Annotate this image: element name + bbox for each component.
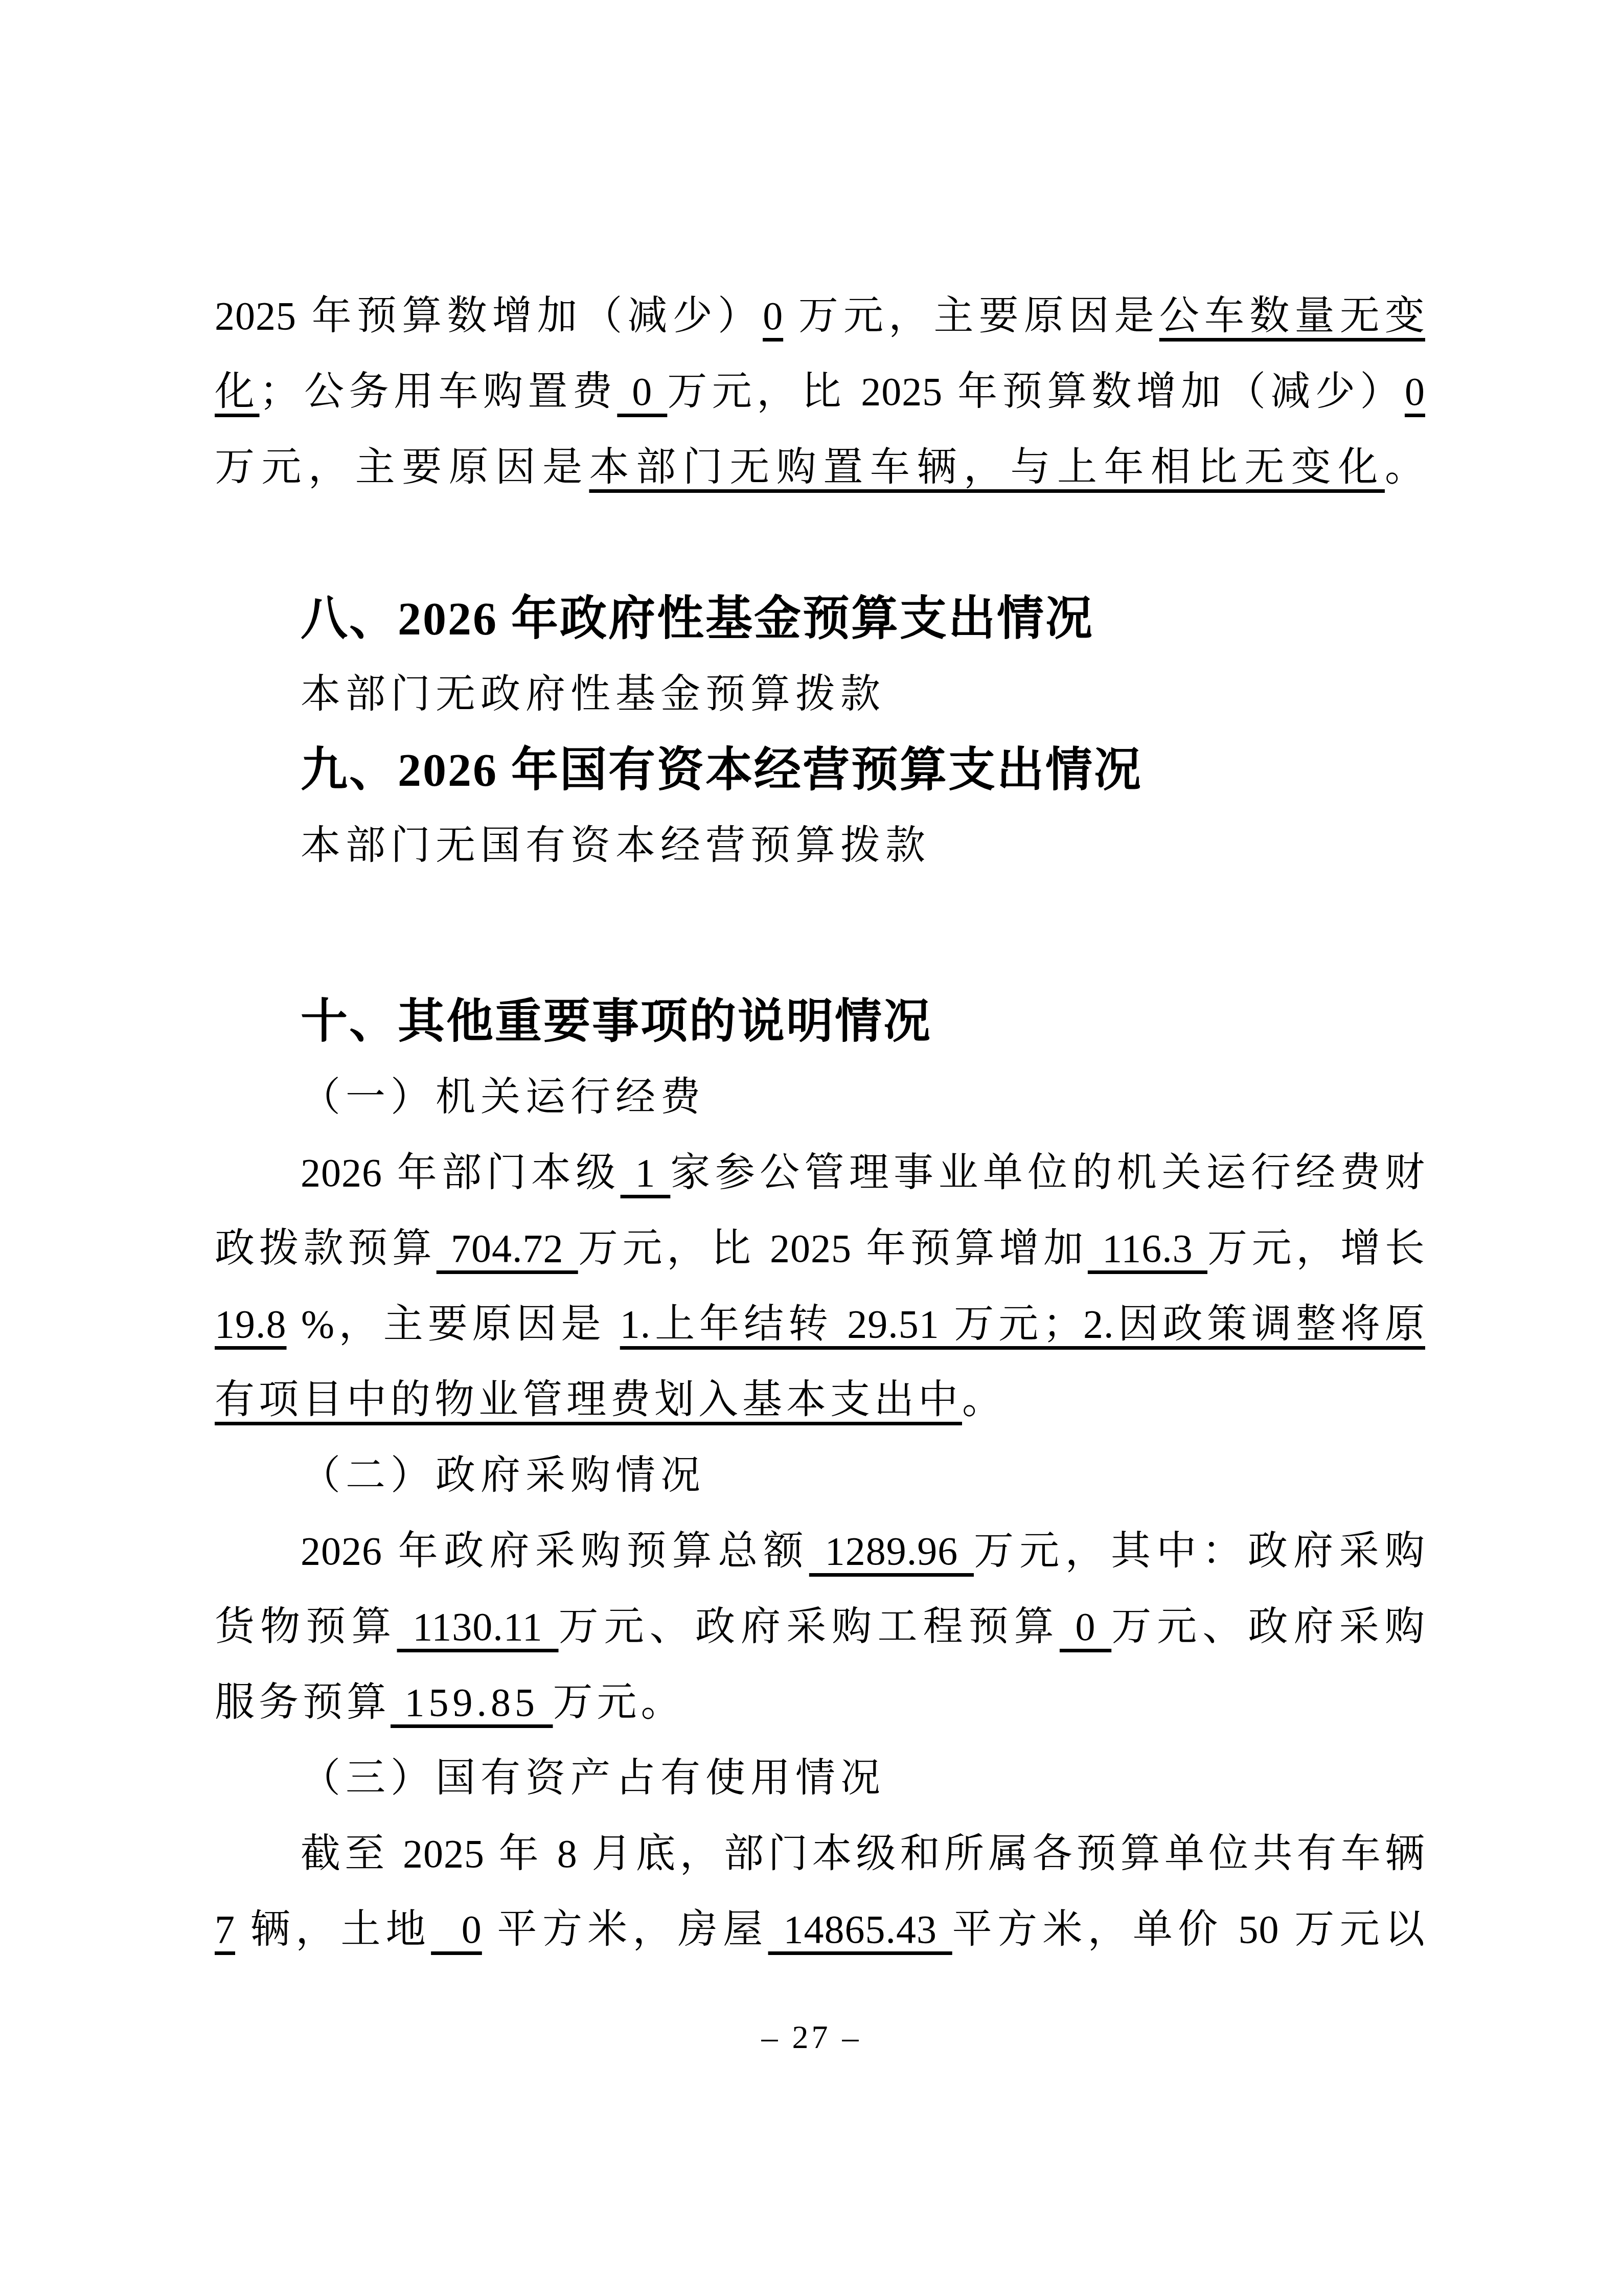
text-segment: 万元，比 2025 年预算增加 [578,1226,1088,1270]
section-8-note: 本部门无政府性基金预算拨款 [215,656,1425,732]
page-number: – 27 – [0,1999,1623,2075]
underlined-value: 704.72 [437,1226,578,1270]
procurement-line-3: 服务预算 159.85 万元。 [215,1665,1425,1740]
underlined-text: 本部门无购置车辆，与上年相比无变化 [589,445,1385,489]
text-segment: 截至 2025 年 8 月底，部门本级和所属各预算单位共有车辆 [301,1831,1425,1876]
procurement-line-2: 货物预算 1130.11 万元、政府采购工程预算 0 万元、政府采购 [215,1589,1425,1665]
carryover-paragraph-line-2: 化；公务用车购置费 0 万元，比 2025 年预算数增加（减少）0 [215,354,1425,429]
text-segment: 政拨款预算 [215,1226,437,1270]
text-segment: 万元，增长 [1207,1226,1425,1270]
text-segment: 万元、政府采购 [1111,1604,1425,1649]
carryover-paragraph-line-1: 2025 年预算数增加（减少）0 万元，主要原因是公车数量无变 [215,278,1425,354]
text-segment: 万元，其中：政府采购 [974,1529,1425,1573]
text-segment: ；公务用车购置费 [259,369,617,414]
operating-expense-line-3: 19.8 %，主要原因是 1.上年结转 29.51 万元；2.因政策调整将原 [215,1286,1425,1362]
text-segment: 2025 年预算数增加（减少） [215,293,763,338]
text-segment: 。 [1385,445,1425,489]
text-segment: 平方米，房屋 [482,1907,768,1951]
underlined-value: 14865.43 [768,1907,952,1951]
underlined-value: 1289.96 [809,1529,974,1573]
text-segment: 万元，比 2025 年预算数增加（减少） [667,369,1405,414]
text-segment: %，主要原因是 [287,1302,620,1346]
operating-expense-line-2: 政拨款预算 704.72 万元，比 2025 年预算增加 116.3 万元，增长 [215,1211,1425,1286]
subsection-2-heading: （二）政府采购情况 [215,1438,1425,1513]
section-heading-9: 九、2026 年国有资本经营预算支出情况 [215,732,1425,808]
assets-line-2: 7 辆，土地 0 平方米，房屋 14865.43 平方米，单价 50 万元以 [215,1892,1425,1967]
section-heading-8: 八、2026 年政府性基金预算支出情况 [215,581,1425,656]
text-segment: 家参公管理事业单位的机关运行经费财 [670,1150,1425,1195]
text-segment: 2026 年部门本级 [301,1150,621,1195]
section-9-note: 本部门无国有资本经营预算拨款 [215,808,1425,883]
underlined-text: 化 [215,369,259,414]
document-page: 2025 年预算数增加（减少）0 万元，主要原因是公车数量无变 化；公务用车购置… [0,0,1623,2296]
blank-gap [215,883,1425,984]
subsection-3-heading: （三）国有资产占有使用情况 [215,1740,1425,1816]
procurement-line-1: 2026 年政府采购预算总额 1289.96 万元，其中：政府采购 [215,1513,1425,1589]
text-segment: 平方米，单价 50 万元以 [952,1907,1425,1951]
underlined-value: 116.3 [1088,1226,1207,1270]
text-segment: 万元，主要原因是 [783,293,1159,338]
underlined-value: 0 [617,369,667,414]
blank-gap [215,1967,1425,1999]
text-segment: 万元。 [553,1680,685,1724]
underlined-value: 0 [1060,1604,1111,1649]
underlined-value: 159.85 [391,1680,553,1724]
assets-line-1: 截至 2025 年 8 月底，部门本级和所属各预算单位共有车辆 [215,1816,1425,1892]
underlined-value: 0 [431,1907,482,1951]
operating-expense-line-1: 2026 年部门本级 1 家参公管理事业单位的机关运行经费财 [215,1135,1425,1211]
text-segment: 万元、政府采购工程预算 [559,1604,1060,1649]
underlined-value: 1 [621,1150,671,1195]
subsection-1-heading: （一）机关运行经费 [215,1059,1425,1135]
text-segment: 万元，主要原因是 [215,445,589,489]
text-block: 2025 年预算数增加（减少）0 万元，主要原因是公车数量无变 化；公务用车购置… [0,0,1623,2075]
carryover-paragraph-line-3: 万元，主要原因是本部门无购置车辆，与上年相比无变化。 [215,429,1425,505]
text-segment: 2026 年政府采购预算总额 [301,1529,809,1573]
underlined-value: 19.8 [215,1302,287,1346]
underlined-value: 1130.11 [397,1604,559,1649]
text-segment: 货物预算 [215,1604,397,1649]
section-heading-10: 十、其他重要事项的说明情况 [215,984,1425,1059]
underlined-text: 有项目中的物业管理费划入基本支出中 [215,1377,962,1422]
text-segment: 。 [962,1377,1006,1422]
underlined-value: 7 [215,1907,235,1951]
underlined-text: 1.上年结转 29.51 万元；2.因政策调整将原 [620,1302,1425,1346]
blank-line [215,505,1425,581]
underlined-text: 公车数量无变 [1159,293,1425,338]
underlined-value: 0 [1405,369,1425,414]
operating-expense-line-4: 有项目中的物业管理费划入基本支出中。 [215,1362,1425,1438]
text-segment: 辆，土地 [235,1907,431,1951]
text-segment: 服务预算 [215,1680,391,1724]
underlined-value: 0 [763,293,783,338]
